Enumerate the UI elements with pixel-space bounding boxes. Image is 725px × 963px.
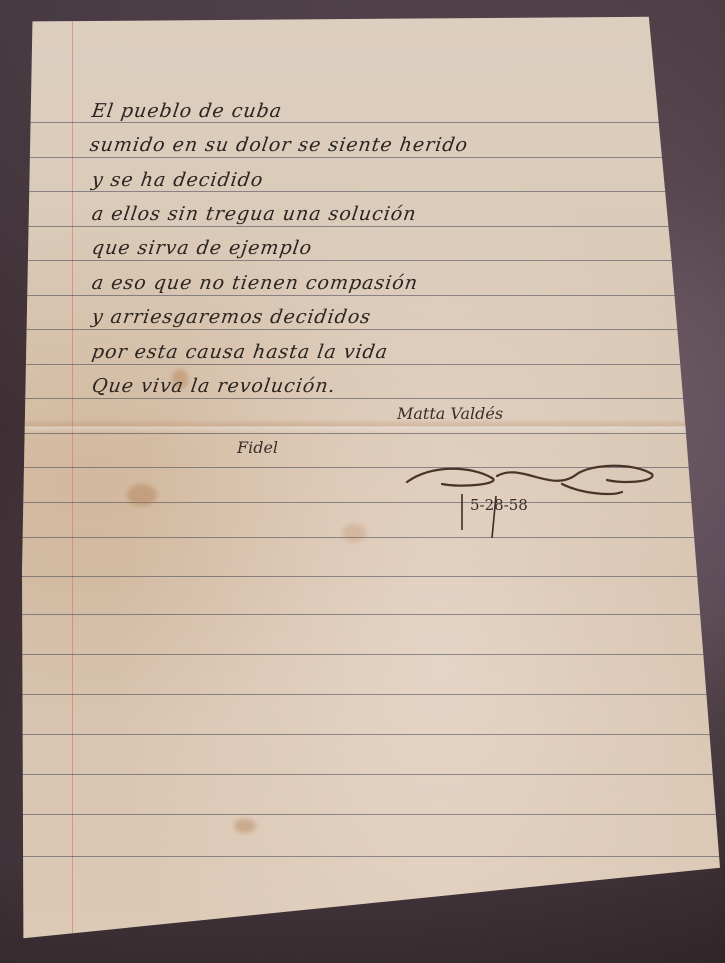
rule-line bbox=[22, 122, 720, 123]
rule-line bbox=[22, 537, 720, 538]
letter-line-4: a ellos sin tregua una solución bbox=[90, 203, 418, 225]
signature-scrawl-icon bbox=[402, 454, 662, 504]
margin-line bbox=[72, 14, 73, 942]
rule-line bbox=[22, 295, 720, 296]
rule-line bbox=[22, 694, 720, 695]
letter-line-3: y se ha decidido bbox=[90, 169, 264, 191]
letter-line-8: por esta causa hasta la vida bbox=[90, 341, 389, 363]
paper-fold bbox=[22, 419, 720, 433]
letter-line-6: a eso que no tienen compasión bbox=[90, 272, 419, 294]
rule-line bbox=[22, 226, 720, 227]
rule-line bbox=[22, 329, 720, 330]
rule-line bbox=[22, 260, 720, 261]
rule-line bbox=[22, 856, 720, 857]
rule-line bbox=[22, 191, 720, 192]
rule-line bbox=[22, 774, 720, 775]
letter-line-2: sumido en su dolor se siente herido bbox=[88, 134, 469, 156]
rule-line bbox=[22, 734, 720, 735]
letter-line-1: El pueblo de cuba bbox=[90, 100, 283, 122]
signature-matta: Matta Valdés bbox=[397, 404, 503, 423]
signature-fidel: Fidel bbox=[237, 438, 278, 457]
rule-line bbox=[22, 433, 720, 434]
letter-paper: El pueblo de cuba sumido en su dolor se … bbox=[22, 14, 720, 942]
rule-line bbox=[22, 814, 720, 815]
date-text: 5-28-58 bbox=[470, 496, 528, 514]
rule-line bbox=[22, 614, 720, 615]
rule-line bbox=[22, 654, 720, 655]
letter-line-9: Que viva la revolución. bbox=[90, 375, 337, 397]
rule-line bbox=[22, 157, 720, 158]
rule-line bbox=[22, 576, 720, 577]
rule-line bbox=[22, 398, 720, 399]
stain bbox=[342, 524, 366, 542]
stain bbox=[234, 819, 256, 833]
letter-line-7: y arriesgaremos decididos bbox=[90, 306, 372, 328]
rule-line bbox=[22, 364, 720, 365]
letter-line-5: que sirva de ejemplo bbox=[90, 237, 313, 259]
stain bbox=[127, 484, 157, 506]
